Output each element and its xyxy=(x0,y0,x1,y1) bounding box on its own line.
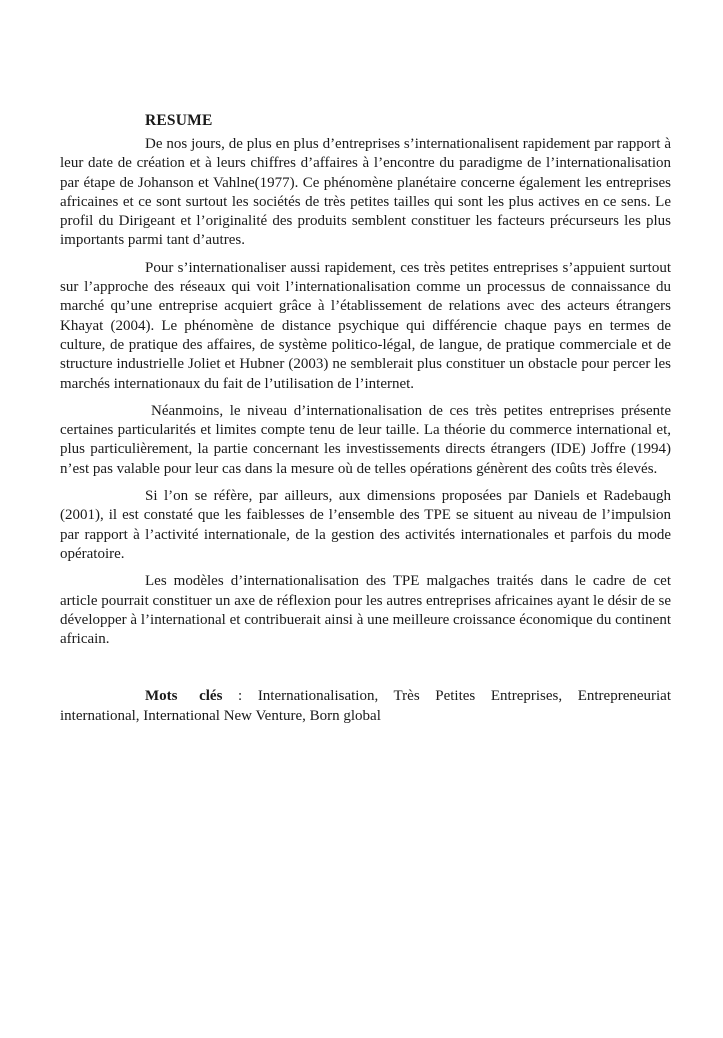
keywords-label: Mots clés xyxy=(145,688,222,704)
abstract-heading: RESUME xyxy=(145,111,671,131)
abstract-paragraph-1: De nos jours, de plus en plus d’entrepri… xyxy=(60,135,671,251)
abstract-paragraph-2: Pour s’internationaliser aussi rapidemen… xyxy=(60,259,671,394)
document-page: RESUME De nos jours, de plus en plus d’e… xyxy=(60,111,671,726)
abstract-paragraph-3: Néanmoins, le niveau d’internationalisat… xyxy=(60,402,671,479)
abstract-paragraph-4: Si l’on se réfère, par ailleurs, aux dim… xyxy=(60,487,671,564)
abstract-paragraph-5: Les modèles d’internationalisation des T… xyxy=(60,572,671,649)
keywords-line: Mots clés : Internationalisation, Très P… xyxy=(60,687,671,726)
keywords-separator: : xyxy=(222,688,257,704)
